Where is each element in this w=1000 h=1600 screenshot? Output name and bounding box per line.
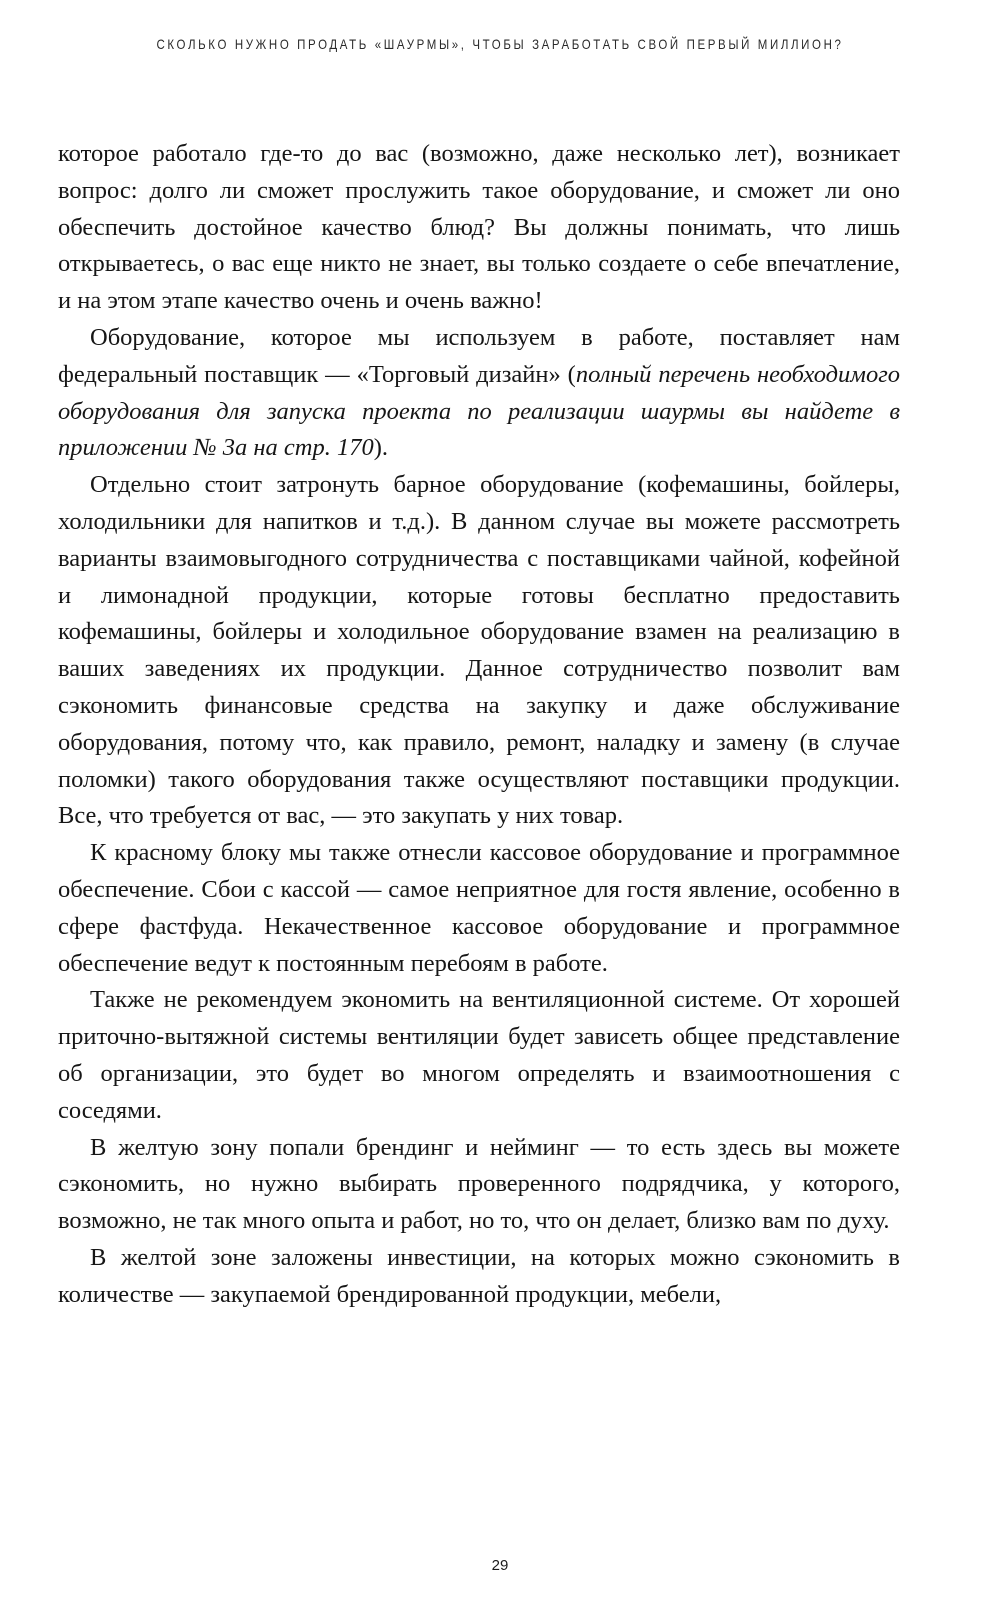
paragraph-equipment-supplier: Оборудование, которое мы используем в ра… xyxy=(58,320,900,467)
paragraph-tail: ). xyxy=(374,434,388,461)
paragraph-continued: которое работало где-то до вас (возможно… xyxy=(58,136,900,320)
paragraph-cash-register: К красному блоку мы также отнесли кассов… xyxy=(58,835,900,982)
running-head: СКОЛЬКО НУЖНО ПРОДАТЬ «ШАУРМЫ», ЧТОБЫ ЗА… xyxy=(90,36,910,52)
paragraph-ventilation: Также не рекомендуем экономить на вентил… xyxy=(58,982,900,1129)
page-number: 29 xyxy=(0,1557,1000,1574)
paragraph-branding: В желтую зону попали брендинг и нейминг … xyxy=(58,1130,900,1240)
paragraph-bar-equipment: Отдельно стоит затронуть барное оборудов… xyxy=(58,467,900,835)
page-body: которое работало где-то до вас (возможно… xyxy=(58,136,900,1314)
paragraph-yellow-zone: В желтой зоне заложены инвестиции, на ко… xyxy=(58,1240,900,1314)
